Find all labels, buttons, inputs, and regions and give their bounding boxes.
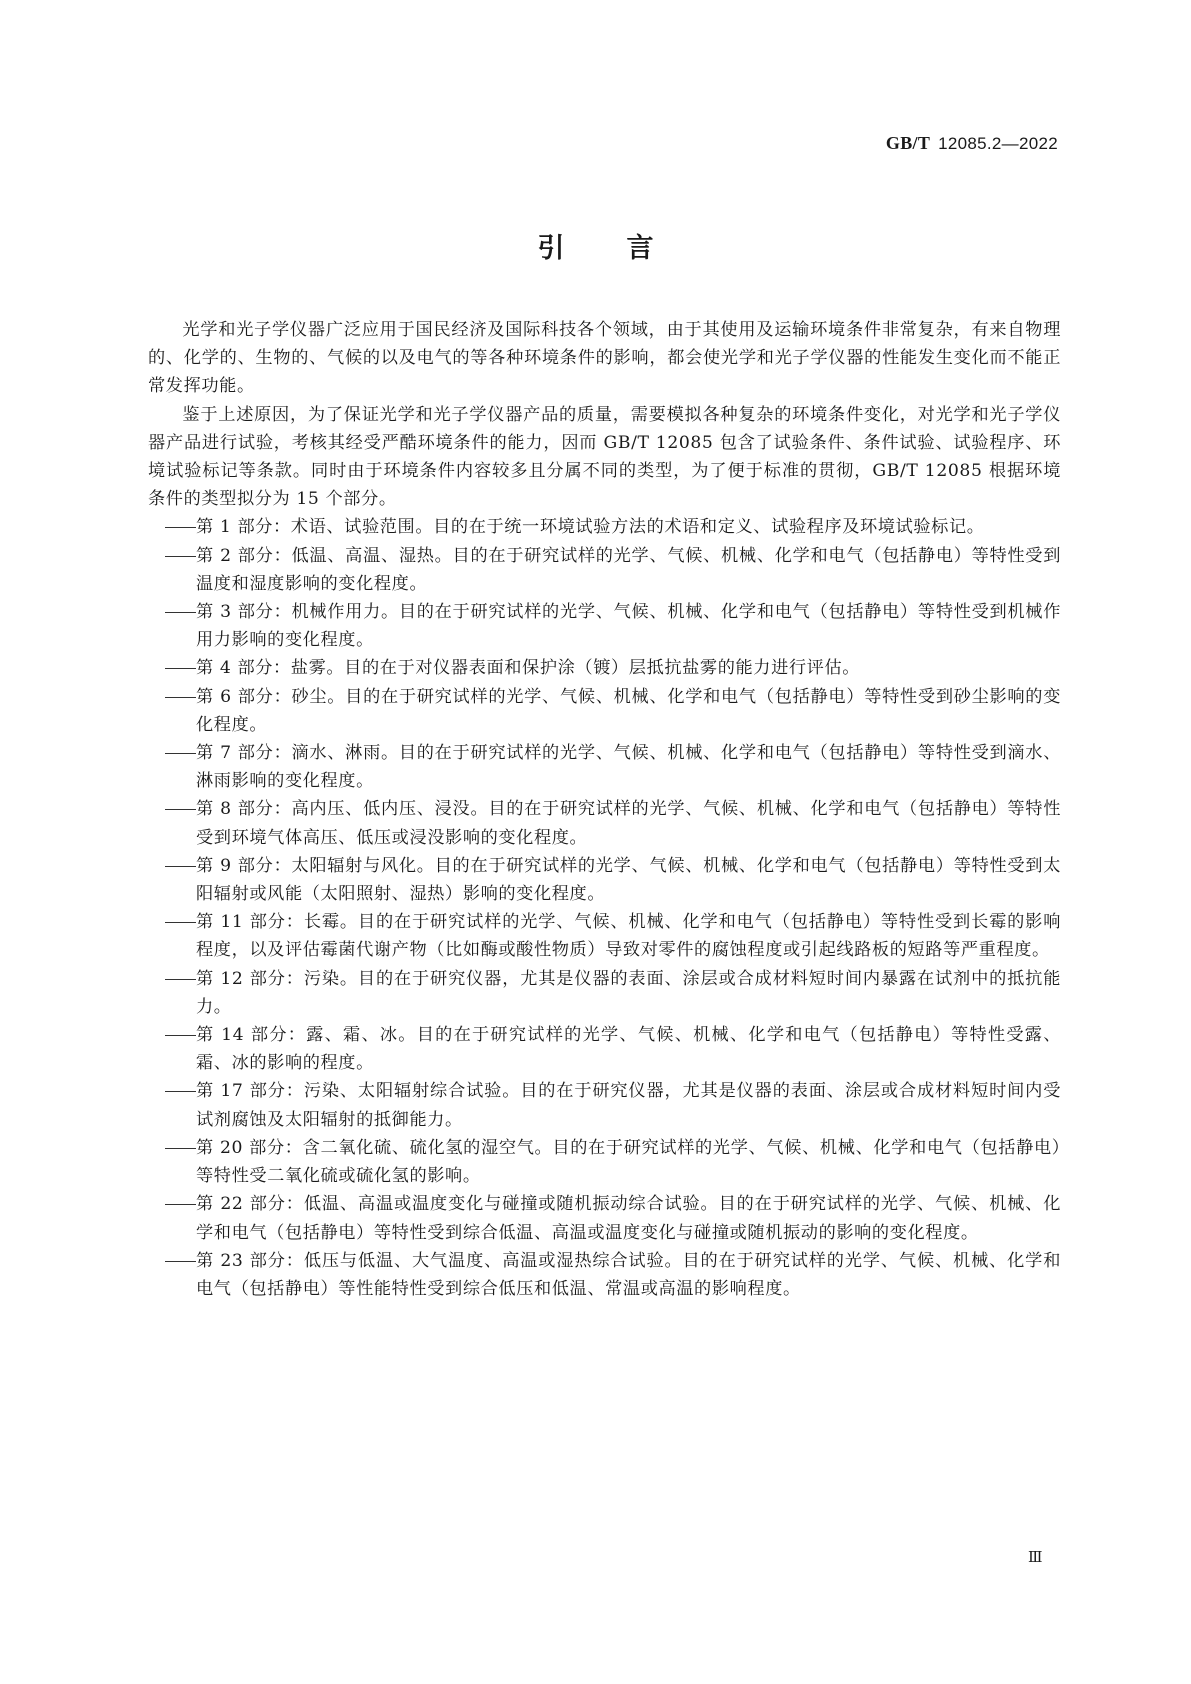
- part-17-text: 第 17 部分：污染、太阳辐射综合试验。目的在于研究仪器，尤其是仪器的表面、涂层…: [196, 1081, 1061, 1129]
- intro-paragraph-2: 鉴于上述原因，为了保证光学和光子学仪器产品的质量，需要模拟各种复杂的环境条件变化…: [148, 401, 1061, 514]
- list-item: 第 2 部分：低温、高温、湿热。目的在于研究试样的光学、气候、机械、化学和电气（…: [148, 542, 1061, 598]
- part-11-text: 第 11 部分：长霉。目的在于研究试样的光学、气候、机械、化学和电气（包括静电）…: [196, 912, 1061, 960]
- list-item: 第 3 部分：机械作用力。目的在于研究试样的光学、气候、机械、化学和电气（包括静…: [148, 598, 1061, 654]
- part-14-text: 第 14 部分：露、霜、冰。目的在于研究试样的光学、气候、机械、化学和电气（包括…: [196, 1025, 1061, 1073]
- page-number: Ⅲ: [1028, 1548, 1042, 1566]
- standard-code: GB/T12085.2—2022: [886, 133, 1058, 154]
- intro-paragraph-1: 光学和光子学仪器广泛应用于国民经济及国际科技各个领域，由于其使用及运输环境条件非…: [148, 316, 1061, 401]
- list-item: 第 11 部分：长霉。目的在于研究试样的光学、气候、机械、化学和电气（包括静电）…: [148, 908, 1061, 964]
- part-12-text: 第 12 部分：污染。目的在于研究仪器，尤其是仪器的表面、涂层或合成材料短时间内…: [196, 969, 1061, 1017]
- parts-list: 第 1 部分：术语、试验范围。目的在于统一环境试验方法的术语和定义、试验程序及环…: [148, 513, 1061, 1303]
- part-3-text: 第 3 部分：机械作用力。目的在于研究试样的光学、气候、机械、化学和电气（包括静…: [196, 602, 1061, 650]
- list-item: 第 12 部分：污染。目的在于研究仪器，尤其是仪器的表面、涂层或合成材料短时间内…: [148, 965, 1061, 1021]
- list-item: 第 9 部分：太阳辐射与风化。目的在于研究试样的光学、气候、机械、化学和电气（包…: [148, 852, 1061, 908]
- title-char-1: 引: [538, 226, 565, 265]
- part-1-text: 第 1 部分：术语、试验范围。目的在于统一环境试验方法的术语和定义、试验程序及环…: [196, 517, 985, 537]
- standard-prefix: GB/T: [886, 133, 930, 153]
- part-20-text: 第 20 部分：含二氧化硫、硫化氢的湿空气。目的在于研究试样的光学、气候、机械、…: [196, 1138, 1061, 1186]
- part-2-text: 第 2 部分：低温、高温、湿热。目的在于研究试样的光学、气候、机械、化学和电气（…: [196, 546, 1061, 594]
- part-4-text: 第 4 部分：盐雾。目的在于对仪器表面和保护涂（镀）层抵抗盐雾的能力进行评估。: [196, 658, 860, 678]
- list-item: 第 14 部分：露、霜、冰。目的在于研究试样的光学、气候、机械、化学和电气（包括…: [148, 1021, 1061, 1077]
- part-8-text: 第 8 部分：高内压、低内压、浸没。目的在于研究试样的光学、气候、机械、化学和电…: [196, 799, 1061, 847]
- part-22-text: 第 22 部分：低温、高温或温度变化与碰撞或随机振动综合试验。目的在于研究试样的…: [196, 1194, 1061, 1242]
- list-item: 第 22 部分：低温、高温或温度变化与碰撞或随机振动综合试验。目的在于研究试样的…: [148, 1190, 1061, 1246]
- list-item: 第 17 部分：污染、太阳辐射综合试验。目的在于研究仪器，尤其是仪器的表面、涂层…: [148, 1077, 1061, 1133]
- introduction-body: 光学和光子学仪器广泛应用于国民经济及国际科技各个领域，由于其使用及运输环境条件非…: [148, 316, 1061, 1303]
- part-9-text: 第 9 部分：太阳辐射与风化。目的在于研究试样的光学、气候、机械、化学和电气（包…: [196, 856, 1061, 904]
- page-title: 引言: [0, 226, 1191, 265]
- part-6-text: 第 6 部分：砂尘。目的在于研究试样的光学、气候、机械、化学和电气（包括静电）等…: [196, 687, 1061, 735]
- list-item: 第 8 部分：高内压、低内压、浸没。目的在于研究试样的光学、气候、机械、化学和电…: [148, 795, 1061, 851]
- standard-number: 12085.2—2022: [938, 134, 1058, 153]
- list-item: 第 7 部分：滴水、淋雨。目的在于研究试样的光学、气候、机械、化学和电气（包括静…: [148, 739, 1061, 795]
- list-item: 第 1 部分：术语、试验范围。目的在于统一环境试验方法的术语和定义、试验程序及环…: [148, 513, 1061, 541]
- list-item: 第 6 部分：砂尘。目的在于研究试样的光学、气候、机械、化学和电气（包括静电）等…: [148, 683, 1061, 739]
- part-7-text: 第 7 部分：滴水、淋雨。目的在于研究试样的光学、气候、机械、化学和电气（包括静…: [196, 743, 1061, 791]
- title-char-2: 言: [627, 226, 654, 265]
- list-item: 第 20 部分：含二氧化硫、硫化氢的湿空气。目的在于研究试样的光学、气候、机械、…: [148, 1134, 1061, 1190]
- list-item: 第 4 部分：盐雾。目的在于对仪器表面和保护涂（镀）层抵抗盐雾的能力进行评估。: [148, 654, 1061, 682]
- list-item: 第 23 部分：低压与低温、大气温度、高温或湿热综合试验。目的在于研究试样的光学…: [148, 1247, 1061, 1303]
- part-23-text: 第 23 部分：低压与低温、大气温度、高温或湿热综合试验。目的在于研究试样的光学…: [196, 1251, 1061, 1299]
